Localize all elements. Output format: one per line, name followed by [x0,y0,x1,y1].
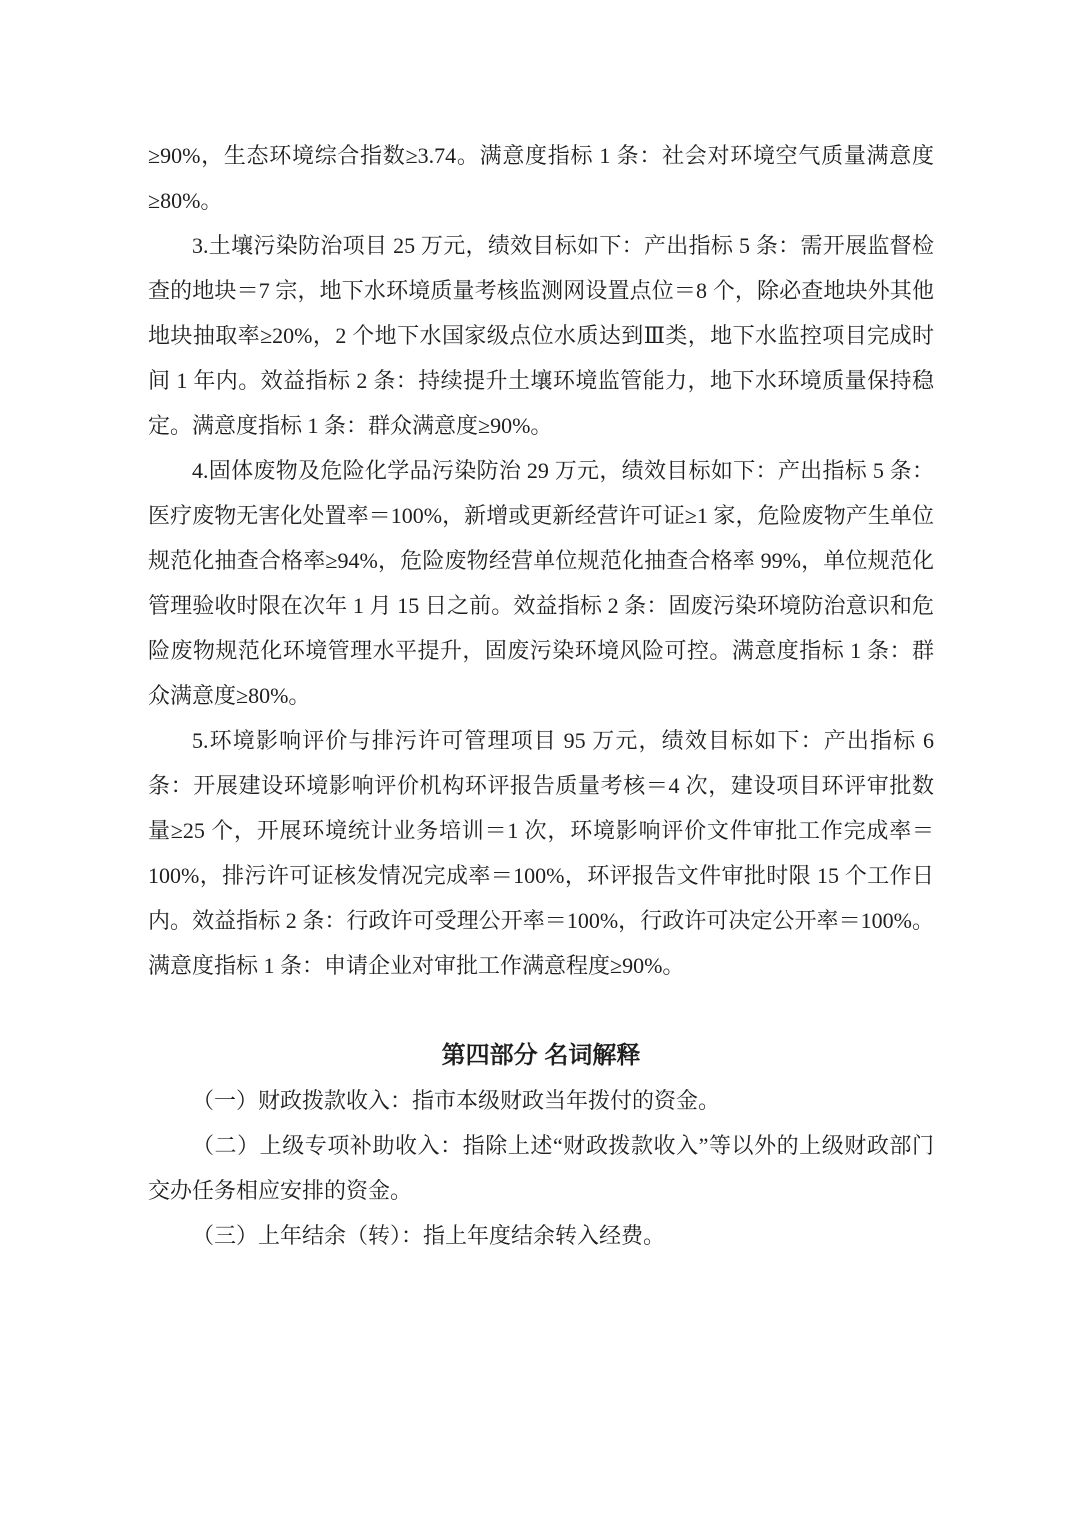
definition-fiscal-appropriation-income: （一）财政拨款收入：指市本级财政当年拨付的资金。 [148,1078,934,1123]
definition-higher-level-special-subsidy-income: （二）上级专项补助收入：指除上述“财政拨款收入”等以外的上级财政部门交办任务相应… [148,1123,934,1213]
document-page: ≥90%，生态环境综合指数≥3.74。满意度指标 1 条：社会对环境空气质量满意… [0,0,1074,1520]
paragraph-solid-waste-project: 4.固体废物及危险化学品污染防治 29 万元，绩效目标如下：产出指标 5 条：医… [148,448,934,718]
paragraph-eia-permit-project: 5.环境影响评价与排污许可管理项目 95 万元，绩效目标如下：产出指标 6 条：… [148,718,934,988]
definition-prior-year-carryover: （三）上年结余（转）：指上年度结余转入经费。 [148,1213,934,1258]
paragraph-air-quality-continuation: ≥90%，生态环境综合指数≥3.74。满意度指标 1 条：社会对环境空气质量满意… [148,133,934,223]
paragraph-soil-pollution-project: 3.土壤污染防治项目 25 万元，绩效目标如下：产出指标 5 条：需开展监督检查… [148,223,934,448]
section-heading-part4-glossary: 第四部分 名词解释 [148,1033,934,1078]
